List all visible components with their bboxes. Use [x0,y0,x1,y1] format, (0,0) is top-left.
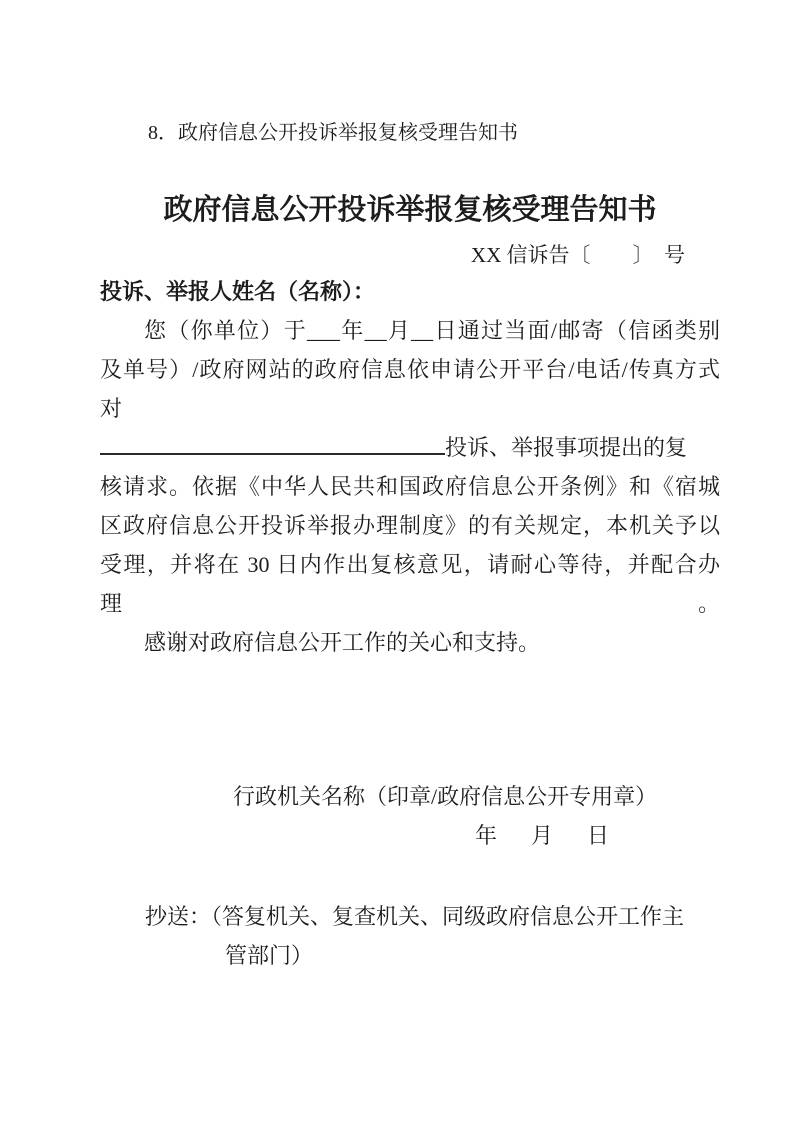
body-line-1: 您（你单位）于___年__月__日通过当面/邮寄（信函类别 [100,311,720,350]
body-line-5: 核请求。依据《中华人民共和国政府信息公开条例》和《宿城 [100,467,720,506]
body-line-7: 受理，并将在 30 日内作出复核意见，请耐心等待，并配合办理。 [100,545,720,623]
cc-block: 抄送：（答复机关、复查机关、同级政府信息公开工作主 管部门） [100,897,720,975]
document-title: 政府信息公开投诉举报复核受理告知书 [100,192,720,228]
document-page: 8．政府信息公开投诉举报复核受理告知书 政府信息公开投诉举报复核受理告知书 XX… [0,0,793,1122]
fill-in-line-text: 投诉、举报事项提出的复 [445,435,687,460]
document-number: XX 信诉告〔 〕 号 [100,240,720,270]
thanks-line: 感谢对政府信息公开工作的关心和支持。 [100,623,720,662]
body-line-2: 及单号）/政府网站的政府信息依申请公开平台/电话/传真方式 [100,350,720,389]
cc-line-1: 抄送：（答复机关、复查机关、同级政府信息公开工作主 [100,897,720,936]
cc-line-2: 管部门） [100,936,720,975]
signature-block: 行政机关名称（印章/政府信息公开专用章） 年 月 日 [100,777,720,855]
document-body: 投诉、举报人姓名（名称）： 您（你单位）于___年__月__日通过当面/邮寄（信… [100,272,720,662]
fill-in-line: 投诉、举报事项提出的复 [100,428,720,467]
body-line-6: 区政府信息公开投诉举报办理制度》的有关规定，本机关予以 [100,506,720,545]
agency-seal-line: 行政机关名称（印章/政府信息公开专用章） [100,777,720,816]
date-line: 年 月 日 [100,816,720,855]
list-item-heading: 8．政府信息公开投诉举报复核受理告知书 [100,118,720,148]
blank-underline [100,431,445,455]
body-line-3: 对 [100,389,720,428]
recipient-name-label: 投诉、举报人姓名（名称）： [100,272,720,311]
